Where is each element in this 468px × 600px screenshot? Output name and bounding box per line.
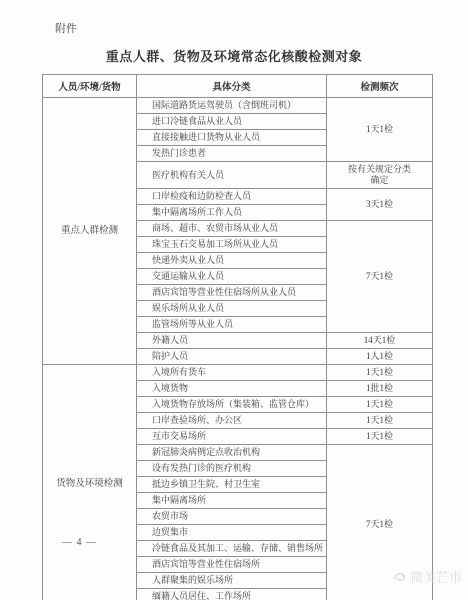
classification-cell: 珠宝玉石交易加工场所从业人员 (137, 237, 327, 253)
classification-cell: 快递外卖从业人员 (137, 253, 327, 269)
classification-cell: 国际道路货运驾驶员（含倒班司机） (137, 98, 327, 114)
frequency-cell: 1天1检 (327, 429, 433, 445)
testing-schedule-table: 人员/环境/货物具体分类检测频次 重点人群检测国际道路货运驾驶员（含倒班司机）1… (42, 74, 433, 600)
classification-cell: 医疗机构有关人员 (137, 162, 327, 189)
classification-cell: 酒店宾馆等营业性住宿场所 (137, 557, 327, 573)
classification-cell: 发热门诊患者 (137, 146, 327, 162)
classification-cell: 人群聚集的娱乐场所 (137, 573, 327, 589)
classification-cell: 边贸集市 (137, 525, 327, 541)
classification-cell: 入境货物存放场所（集装箱、监管仓库） (137, 397, 327, 413)
classification-cell: 外籍人员 (137, 333, 327, 349)
classification-cell: 集中隔离场所工作人员 (137, 205, 327, 221)
frequency-cell: 1天1检 (327, 365, 433, 381)
frequency-cell: 1天1检 (327, 413, 433, 429)
classification-cell: 入境所有货车 (137, 365, 327, 381)
classification-cell: 交通运输从业人员 (137, 269, 327, 285)
classification-cell: 口岸检疫和边防检查人员 (137, 189, 327, 205)
frequency-cell: 1批1检 (327, 381, 433, 397)
classification-cell: 商场、超市、农贸市场从业人员 (137, 221, 327, 237)
table-row: 重点人群检测国际道路货运驾驶员（含倒班司机）1天1检 (43, 98, 433, 114)
watermark-logo-icon (393, 570, 407, 584)
page-number: — 4 — (62, 537, 97, 548)
classification-cell: 新冠肺炎病例定点收治机构 (137, 445, 327, 461)
classification-cell: 口岸查验场所、办公区 (137, 413, 327, 429)
table-body: 重点人群检测国际道路货运驾驶员（含倒班司机）1天1检进口冷链食品从业人员直接接触… (43, 98, 433, 600)
watermark-text: 微美芒市 (410, 567, 462, 586)
classification-cell: 互市交易场所 (137, 429, 327, 445)
column-header: 检测频次 (327, 75, 433, 98)
classification-cell: 冷链食品及其加工、运输、存储、销售场所 (137, 541, 327, 557)
column-header: 具体分类 (137, 75, 327, 98)
frequency-cell: 1人1检 (327, 349, 433, 365)
category-cell: 重点人群检测 (43, 98, 137, 365)
classification-cell: 陪护人员 (137, 349, 327, 365)
watermark: 微美芒市 (393, 567, 462, 586)
table-header: 人员/环境/货物具体分类检测频次 (43, 75, 433, 98)
classification-cell: 直接接触进口货物从业人员 (137, 130, 327, 146)
frequency-cell: 1天1检 (327, 397, 433, 413)
column-header: 人员/环境/货物 (43, 75, 137, 98)
frequency-cell: 14天1检 (327, 333, 433, 349)
frequency-cell: 7天1检 (327, 221, 433, 333)
classification-cell: 进口冷链食品从业人员 (137, 114, 327, 130)
page-title: 重点人群、货物及环境常态化核酸检测对象 (0, 46, 468, 65)
document-page: 附件 重点人群、货物及环境常态化核酸检测对象 人员/环境/货物具体分类检测频次 … (0, 0, 468, 600)
classification-cell: 酒店宾馆等营业性住宿场所从业人员 (137, 285, 327, 301)
attachment-label: 附件 (55, 20, 77, 36)
classification-cell: 缅籍人员居住、工作场所 (137, 589, 327, 600)
classification-cell: 农贸市场 (137, 509, 327, 525)
table-header-row: 人员/环境/货物具体分类检测频次 (43, 75, 433, 98)
classification-cell: 抵边乡镇卫生院、村卫生室 (137, 477, 327, 493)
classification-cell: 监管场所等从业人员 (137, 317, 327, 333)
table-row: 货物及环境检测入境所有货车1天1检 (43, 365, 433, 381)
frequency-cell: 按有关规定分类 确定 (327, 162, 433, 189)
category-cell: 货物及环境检测 (43, 365, 137, 600)
frequency-cell: 3天1检 (327, 189, 433, 221)
classification-cell: 娱乐场所从业人员 (137, 301, 327, 317)
classification-cell: 入境货物 (137, 381, 327, 397)
classification-cell: 设有发热门诊的医疗机构 (137, 461, 327, 477)
classification-cell: 集中隔离场所 (137, 493, 327, 509)
frequency-cell: 1天1检 (327, 98, 433, 162)
